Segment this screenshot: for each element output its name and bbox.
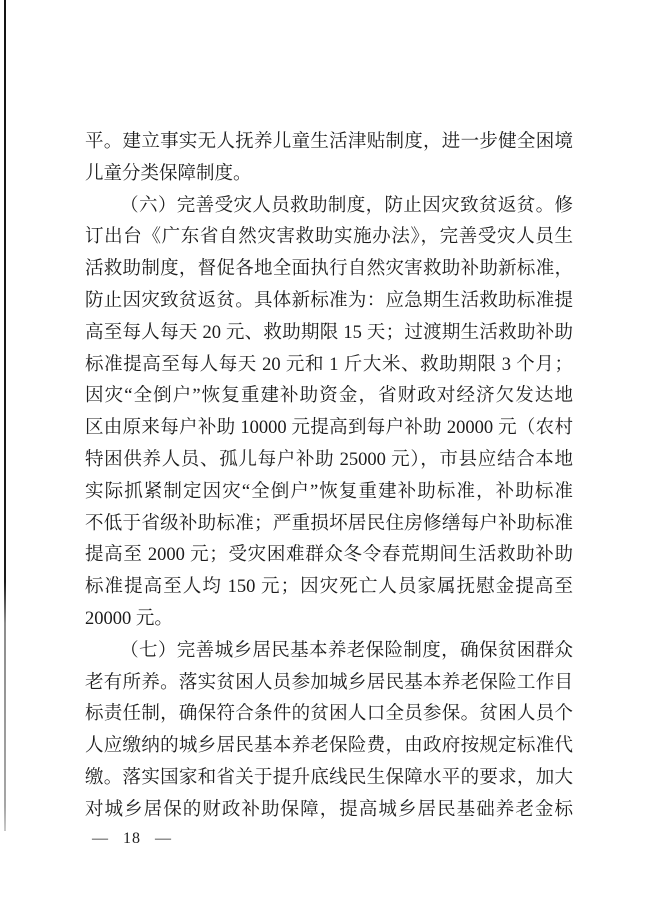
text-line: 特困供养人员、孤儿每户补助 25000 元），市县应结合本地 [85,445,573,477]
page-number: — 18 — [92,828,172,850]
text-line: 人应缴纳的城乡居民基本养老保险费，由政府按规定标准代 [85,731,573,763]
text-line: 标责任制，确保符合条件的贫困人口全员参保。贫困人员个 [85,699,573,731]
text-line: （六）完善受灾人员救助制度，防止因灾致贫返贫。修 [85,191,573,223]
text-line: 20000 元。 [85,604,573,636]
text-line: 标准提高至人均 150 元；因灾死亡人员家属抚慰金提高至 [85,572,573,604]
document-body: 平。建立事实无人抚养儿童生活津贴制度，进一步健全困境 儿童分类保障制度。 （六）… [85,127,573,827]
scanned-document-page: { "document": { "body_lines": [ "平。建立事实无… [0,0,650,919]
text-line: 平。建立事实无人抚养儿童生活津贴制度，进一步健全困境 [85,127,573,159]
text-line: 老有所养。落实贫困人员参加城乡居民基本养老保险工作目 [85,668,573,700]
text-line: 订出台《广东省自然灾害救助实施办法》，完善受灾人员生 [85,222,573,254]
scan-edge-artifact [4,0,6,831]
text-line: 活救助制度，督促各地全面执行自然灾害救助补助新标准， [85,254,573,286]
text-line: 缴。落实国家和省关于提升底线民生保障水平的要求，加大 [85,763,573,795]
text-line: 因灾“全倒户”恢复重建补助资金，省财政对经济欠发达地 [85,381,573,413]
text-line: （七）完善城乡居民基本养老保险制度，确保贫困群众 [85,636,573,668]
text-line: 区由原来每户补助 10000 元提高到每户补助 20000 元（农村 [85,413,573,445]
text-line: 高至每人每天 20 元、救助期限 15 天；过渡期生活救助补助 [85,318,573,350]
text-line: 对城乡居保的财政补助保障，提高城乡居民基础养老金标 [85,795,573,827]
text-line: 提高至 2000 元；受灾困难群众冬令春荒期间生活救助补助 [85,540,573,572]
text-line: 不低于省级补助标准；严重损坏居民住房修缮每户补助标准 [85,509,573,541]
text-line: 儿童分类保障制度。 [85,159,573,191]
text-line: 标准提高至每人每天 20 元和 1 斤大米、救助期限 3 个月； [85,350,573,382]
text-line: 实际抓紧制定因灾“全倒户”恢复重建补助标准，补助标准 [85,477,573,509]
text-line: 防止因灾致贫返贫。具体新标准为：应急期生活救助标准提 [85,286,573,318]
